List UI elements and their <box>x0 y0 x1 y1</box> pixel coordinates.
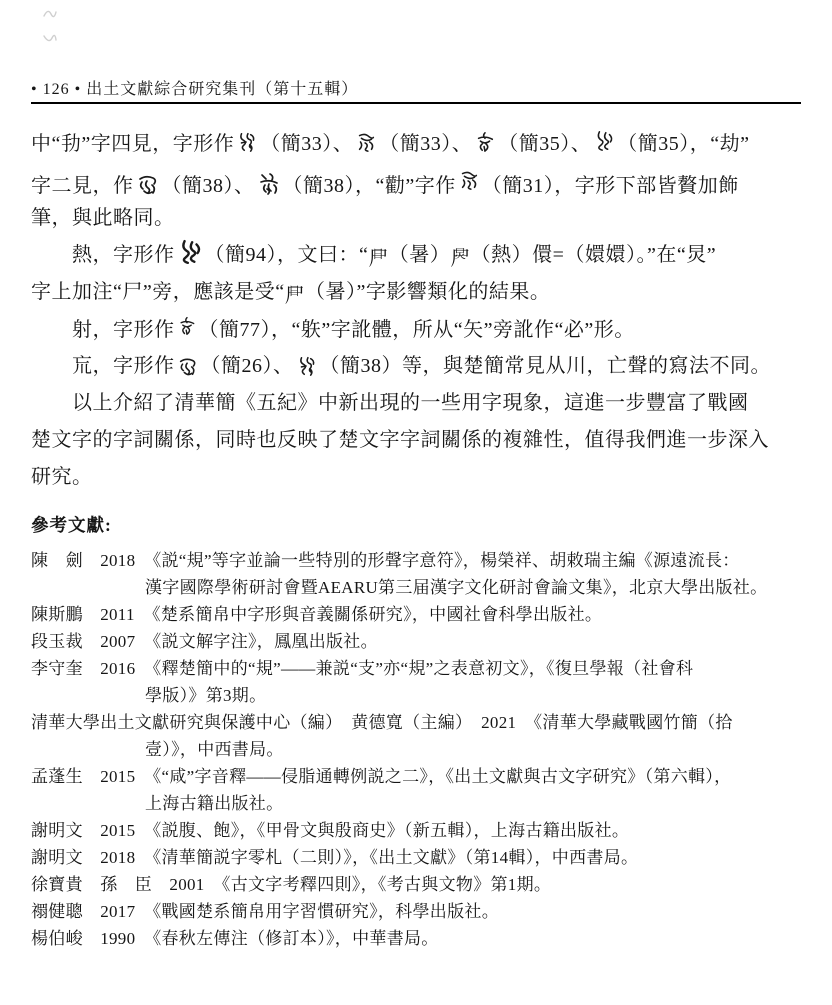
text-run: 楚文字的字詞關係，同時也反映了楚文字字詞關係的複雜性，值得我們進一步深入 <box>31 429 769 451</box>
reference-line: 謝明文 2015 《説腹、飽》，《甲骨文與殷商史》（新五輯），上海古籍出版社。 <box>31 817 803 844</box>
chu-script-glyph <box>458 163 480 197</box>
composite-character: 尸炅 <box>450 244 470 264</box>
text-run: 以上介紹了清華簡《五紀》中新出現的一些用字現象，這進一步豐富了戰國 <box>72 392 749 414</box>
composite-character: 尸日 <box>285 281 305 301</box>
body-line: 楚文字的字詞關係，同時也反映了楚文字字詞關係的複雜性，值得我們進一步深入 <box>31 422 803 459</box>
chu-script-glyph <box>136 171 160 197</box>
reference-line: 段玉裁 2007 《説文解字注》，鳳凰出版社。 <box>31 628 803 655</box>
reference-line: 學版）》第3期。 <box>31 682 803 709</box>
text-run: （簡94），文曰：“ <box>205 244 369 266</box>
text-run: （簡26）、 <box>201 355 294 377</box>
text-run: 熱，字形作 <box>72 244 175 266</box>
text-run: 射，字形作 <box>72 319 175 341</box>
reference-line: 陳斯鵬 2011 《楚系簡帛中字形與音義關係研究》，中國社會科學出版社。 <box>31 601 803 628</box>
composite-inner: 日 <box>288 285 301 297</box>
text-run: （簡38）等，與楚簡常見从川，亡聲的寫法不同。 <box>320 355 772 377</box>
document-page: • 126 • 出土文獻綜合研究集刊（第十五輯） 中“劧”字四見，字形作（簡33… <box>0 0 832 1005</box>
text-run: （簡31），字形下部皆贅加飾 <box>482 175 739 197</box>
chu-script-glyph <box>236 129 258 155</box>
text-run: 字二見，作 <box>31 175 134 197</box>
text-run: （簡38），“勸”字作 <box>283 175 456 197</box>
text-run: 字上加注“尸”旁，應該是受“ <box>31 281 285 303</box>
reference-line: 漢字國際學術研討會暨AEARU第三届漢字文化研討會論文集》，北京大學出版社。 <box>31 574 803 601</box>
running-header: • 126 • 出土文獻綜合研究集刊（第十五輯） <box>31 76 358 99</box>
text-run: （熱）儇=（嬛嬛）。”在“炅” <box>471 244 716 266</box>
body-text: 中“劧”字四見，字形作（簡33）、（簡33）、（簡35）、（簡35），“劫”字二… <box>31 126 803 496</box>
references-heading: 參考文獻: <box>31 512 803 537</box>
scan-artifact <box>42 32 58 51</box>
chu-script-glyph <box>355 129 377 155</box>
text-run: （暑） <box>389 244 451 266</box>
chu-script-glyph <box>296 355 318 377</box>
text-run: 巟，字形作 <box>72 355 175 377</box>
chu-script-glyph <box>474 129 496 155</box>
text-run: （簡33）、 <box>379 133 472 155</box>
reference-line: 陳 劍 2018 《説“規”等字並論一些特別的形聲字意符》，楊榮祥、胡敕瑞主編《… <box>31 547 803 574</box>
body-line: 巟，字形作（簡26）、（簡38）等，與楚簡常見从川，亡聲的寫法不同。 <box>31 348 803 385</box>
body-line: 字二見，作（簡38）、（簡38），“勸”字作（簡31），字形下部皆贅加飾 <box>31 163 803 200</box>
body-line: 字上加注“尸”旁，應該是受“尸日（暑）”字影響類化的結果。 <box>31 274 803 311</box>
text-run: （簡35）、 <box>498 133 591 155</box>
scan-artifact <box>42 6 58 25</box>
text-run: （簡77），“䠶”字訛體，所从“矢”旁訛作“必”形。 <box>199 319 635 341</box>
composite-inner: 日 <box>372 248 385 260</box>
composite-inner: 炅 <box>454 248 467 260</box>
body-line: 筆，與此略同。 <box>31 200 803 237</box>
body-line: 射，字形作（簡77），“䠶”字訛體，所从“矢”旁訛作“必”形。 <box>31 311 803 348</box>
reference-line: 禤健聰 2017 《戰國楚系簡帛用字習慣研究》，科學出版社。 <box>31 898 803 925</box>
composite-character: 尸日 <box>368 244 388 264</box>
chu-script-glyph <box>177 311 197 341</box>
body-line: 中“劧”字四見，字形作（簡33）、（簡33）、（簡35）、（簡35），“劫” <box>31 126 803 163</box>
text-run: 研究。 <box>31 466 93 488</box>
text-run: 中“劧”字四見，字形作 <box>31 133 234 155</box>
text-run: 筆，與此略同。 <box>31 207 175 229</box>
text-run: （簡38）、 <box>162 175 255 197</box>
text-run: （簡33）、 <box>260 133 353 155</box>
reference-line: 上海古籍出版社。 <box>31 790 803 817</box>
reference-line: 徐寶貴 孫 臣 2001 《古文字考釋四則》，《考古與文物》第1期。 <box>31 871 803 898</box>
reference-line: 清華大學出土文獻研究與保護中心（編） 黄德寬（主編） 2021 《清華大學藏戰國… <box>31 709 803 736</box>
body-line: 研究。 <box>31 459 803 496</box>
reference-line: 孟蓬生 2015 《“咸”字音釋——侵脂通轉例説之二》，《出土文獻與古文字研究》… <box>31 763 803 790</box>
chu-script-glyph <box>593 127 615 155</box>
body-line: 以上介紹了清華簡《五紀》中新出現的一些用字現象，這進一步豐富了戰國 <box>31 385 803 422</box>
reference-line: 李守奎 2016 《釋楚簡中的“規”——兼説“支”亦“規”之表意初文》，《復旦學… <box>31 655 803 682</box>
reference-line: 謝明文 2018 《清華簡説字零札（二則）》，《出土文獻》（第14輯），中西書局… <box>31 844 803 871</box>
text-run: （簡35），“劫” <box>617 133 749 155</box>
text-run: （暑）”字影響類化的結果。 <box>305 281 550 303</box>
chu-script-glyph <box>257 171 281 197</box>
references-list: 陳 劍 2018 《説“規”等字並論一些特別的形聲字意符》，楊榮祥、胡敕瑞主編《… <box>31 547 803 952</box>
body-line: 熱，字形作（簡94），文曰：“尸日（暑）尸炅（熱）儇=（嬛嬛）。”在“炅” <box>31 237 803 274</box>
header-rule <box>31 102 801 104</box>
reference-line: 楊伯峻 1990 《春秋左傳注（修訂本）》，中華書局。 <box>31 925 803 952</box>
reference-line: 壹）》，中西書局。 <box>31 736 803 763</box>
chu-script-glyph <box>177 355 199 377</box>
references-section: 參考文獻: 陳 劍 2018 《説“規”等字並論一些特別的形聲字意符》，楊榮祥、… <box>31 512 803 952</box>
chu-script-glyph <box>177 238 203 266</box>
